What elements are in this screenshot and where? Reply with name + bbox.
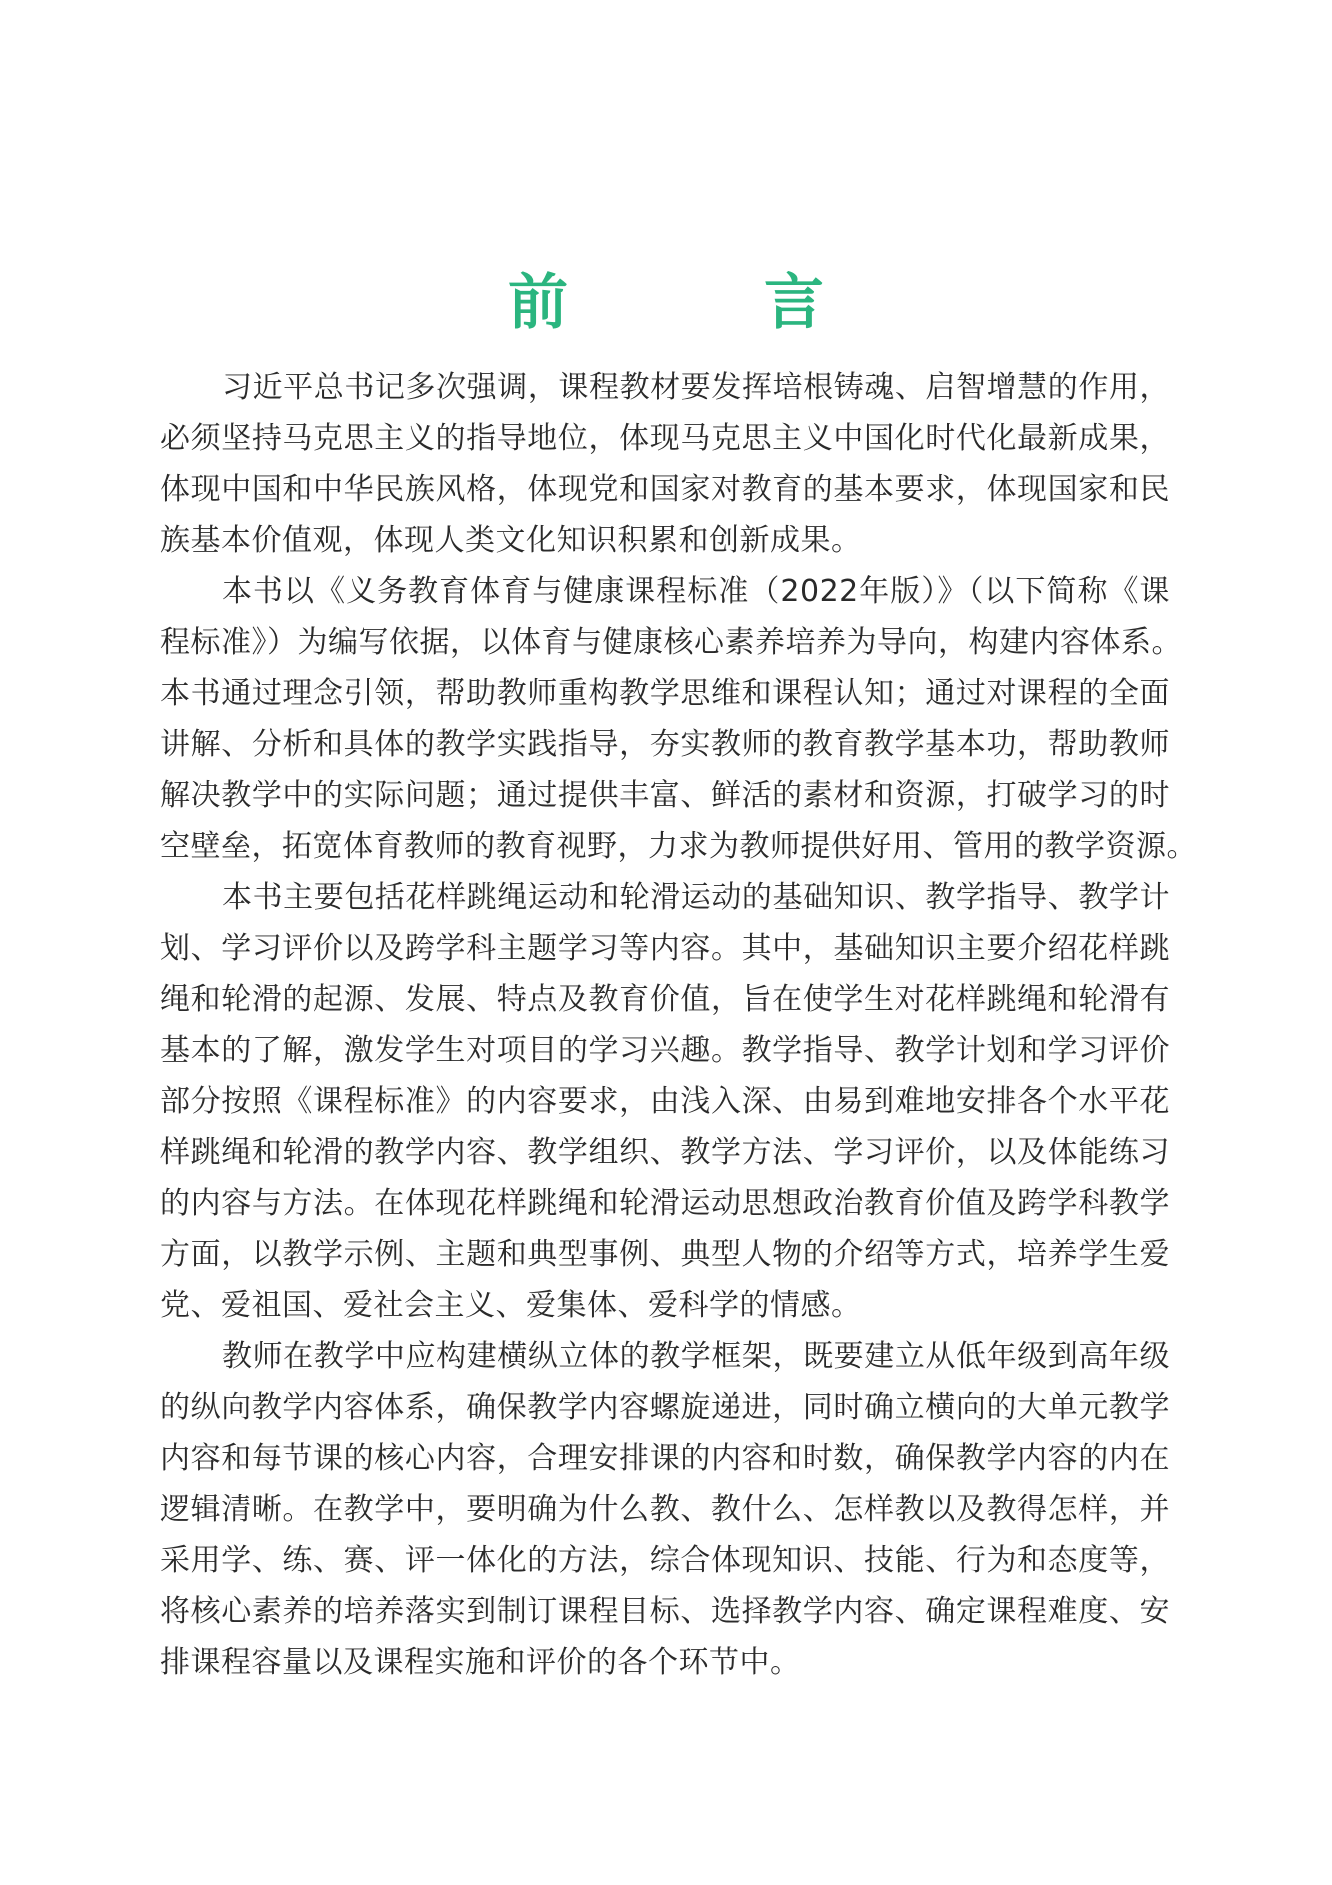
text-line: 必须坚持马克思主义的指导地位，体现马克思主义中国化时代化最新成果， bbox=[160, 413, 1170, 464]
paragraph-3: 本书主要包括花样跳绳运动和轮滑运动的基础知识、教学指导、教学计 划、学习评价以及… bbox=[160, 872, 1170, 1331]
preface-body: 习近平总书记多次强调，课程教材要发挥培根铸魂、启智增慧的作用， 必须坚持马克思主… bbox=[160, 362, 1170, 1688]
text-line: 的纵向教学内容体系，确保教学内容螺旋递进，同时确立横向的大单元教学 bbox=[160, 1382, 1170, 1433]
text-line: 空壁垒，拓宽体育教师的教育视野，力求为教师提供好用、管用的教学资源。 bbox=[160, 821, 1170, 872]
text-line: 方面，以教学示例、主题和典型事例、典型人物的介绍等方式，培养学生爱 bbox=[160, 1229, 1170, 1280]
text-line: 习近平总书记多次强调，课程教材要发挥培根铸魂、启智增慧的作用， bbox=[160, 362, 1170, 413]
text-line: 体现中国和中华民族风格，体现党和国家对教育的基本要求，体现国家和民 bbox=[160, 464, 1170, 515]
text-line: 将核心素养的培养落实到制订课程目标、选择教学内容、确定课程难度、安 bbox=[160, 1586, 1170, 1637]
text-line: 排课程容量以及课程实施和评价的各个环节中。 bbox=[160, 1637, 1170, 1688]
text-line: 绳和轮滑的起源、发展、特点及教育价值，旨在使学生对花样跳绳和轮滑有 bbox=[160, 974, 1170, 1025]
paragraph-1: 习近平总书记多次强调，课程教材要发挥培根铸魂、启智增慧的作用， 必须坚持马克思主… bbox=[160, 362, 1170, 566]
text-line: 划、学习评价以及跨学科主题学习等内容。其中，基础知识主要介绍花样跳 bbox=[160, 923, 1170, 974]
text-line: 解决教学中的实际问题；通过提供丰富、鲜活的素材和资源，打破学习的时 bbox=[160, 770, 1170, 821]
text-line: 部分按照《课程标准》的内容要求，由浅入深、由易到难地安排各个水平花 bbox=[160, 1076, 1170, 1127]
text-line: 本书通过理念引领，帮助教师重构教学思维和课程认知；通过对课程的全面 bbox=[160, 668, 1170, 719]
text-line: 族基本价值观，体现人类文化知识积累和创新成果。 bbox=[160, 515, 1170, 566]
text-line: 样跳绳和轮滑的教学内容、教学组织、教学方法、学习评价，以及体能练习 bbox=[160, 1127, 1170, 1178]
text-line: 党、爱祖国、爱社会主义、爱集体、爱科学的情感。 bbox=[160, 1280, 1170, 1331]
paragraph-2: 本书以《义务教育体育与健康课程标准（2022年版）》（以下简称《课 程标准》）为… bbox=[160, 566, 1170, 872]
text-line: 逻辑清晰。在教学中，要明确为什么教、教什么、怎样教以及教得怎样，并 bbox=[160, 1484, 1170, 1535]
text-line: 本书主要包括花样跳绳运动和轮滑运动的基础知识、教学指导、教学计 bbox=[160, 872, 1170, 923]
text-line: 内容和每节课的核心内容，合理安排课的内容和时数，确保教学内容的内在 bbox=[160, 1433, 1170, 1484]
text-line: 教师在教学中应构建横纵立体的教学框架，既要建立从低年级到高年级 bbox=[160, 1331, 1170, 1382]
page-title: 前 言 bbox=[0, 268, 1332, 338]
text-line: 本书以《义务教育体育与健康课程标准（2022年版）》（以下简称《课 bbox=[160, 566, 1170, 617]
text-line: 采用学、练、赛、评一体化的方法，综合体现知识、技能、行为和态度等， bbox=[160, 1535, 1170, 1586]
text-line: 程标准》）为编写依据，以体育与健康核心素养培养为导向，构建内容体系。 bbox=[160, 617, 1170, 668]
text-line: 讲解、分析和具体的教学实践指导，夯实教师的教育教学基本功，帮助教师 bbox=[160, 719, 1170, 770]
document-page: 前 言 习近平总书记多次强调，课程教材要发挥培根铸魂、启智增慧的作用， 必须坚持… bbox=[0, 0, 1332, 1885]
text-line: 的内容与方法。在体现花样跳绳和轮滑运动思想政治教育价值及跨学科教学 bbox=[160, 1178, 1170, 1229]
paragraph-4: 教师在教学中应构建横纵立体的教学框架，既要建立从低年级到高年级 的纵向教学内容体… bbox=[160, 1331, 1170, 1688]
text-line: 基本的了解，激发学生对项目的学习兴趣。教学指导、教学计划和学习评价 bbox=[160, 1025, 1170, 1076]
